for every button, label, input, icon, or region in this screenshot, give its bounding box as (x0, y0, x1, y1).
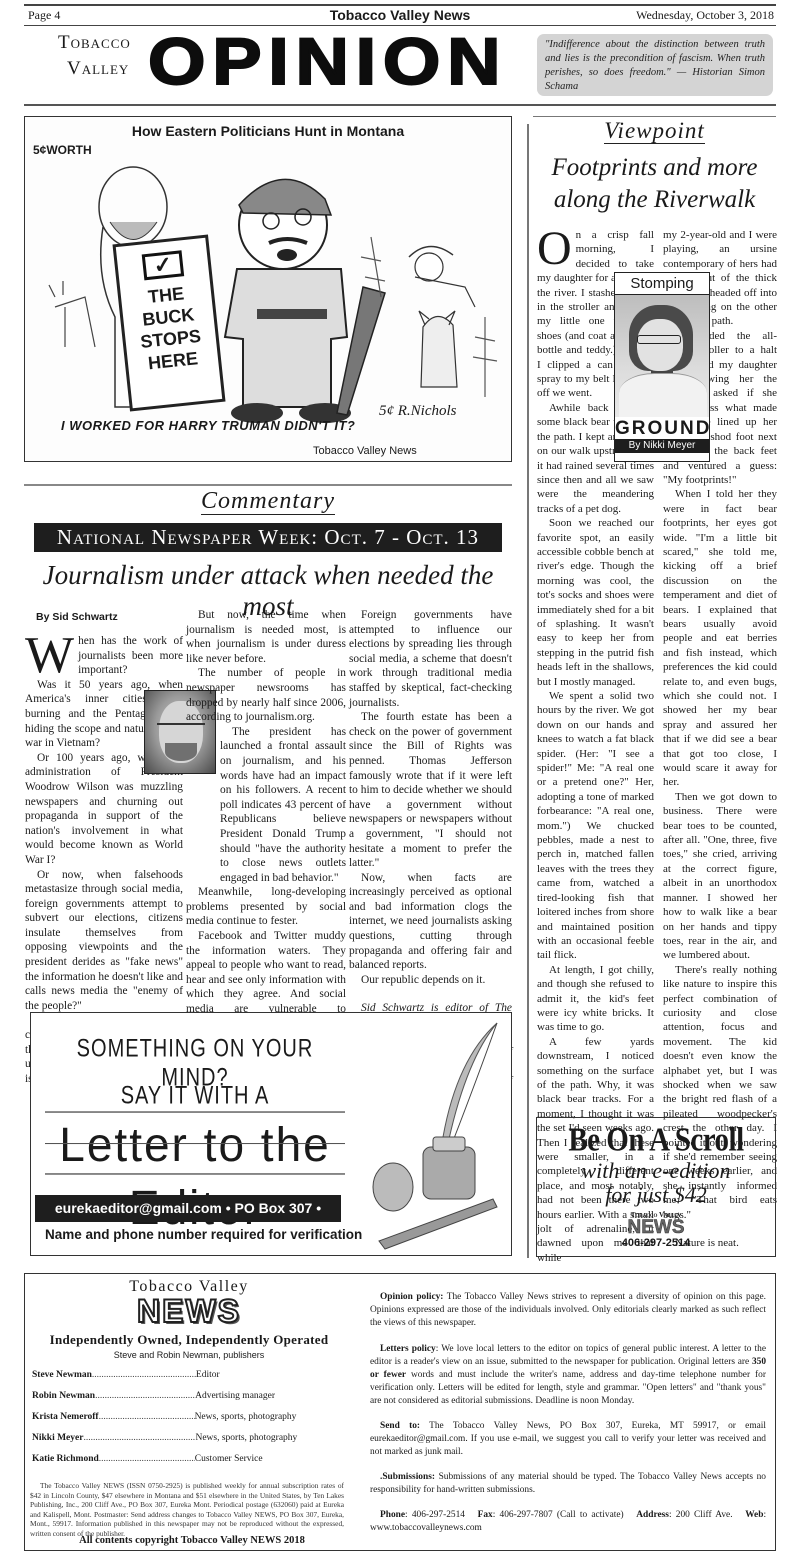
letter-to-editor-ad[interactable]: SOMETHING ON YOUR MIND? SAY IT WITH A Le… (30, 1012, 512, 1256)
staff-role: Advertising manager (195, 1391, 275, 1401)
section-divider (533, 116, 776, 117)
policy-label: Opinion policy: (380, 1292, 443, 1302)
publishers: Steve and Robin Newman, publishers (24, 1350, 354, 1360)
contact-label: Address (636, 1510, 669, 1520)
policy-text: words and must include the writer's name… (370, 1370, 766, 1406)
paragraph: The number of people in newspaper newsro… (186, 666, 346, 724)
address: : 200 Cliff Ave. (669, 1510, 733, 1520)
masthead-divider (24, 104, 776, 106)
viewpoint-label-text: Viewpoint (604, 118, 705, 144)
checkbox-check-icon: ✓ (142, 250, 184, 280)
cartoon-credit: Tobacco Valley News (313, 445, 417, 457)
ad-line-2: with an e-edition (537, 1159, 775, 1183)
tagline: Independently Owned, Independently Opera… (24, 1332, 354, 1348)
ad-contact[interactable]: eurekaeditor@gmail.com • PO Box 307 • Eu… (35, 1195, 341, 1222)
paragraph: We spent a solid two hours by the river.… (537, 689, 654, 963)
ad-price: for just $42 (537, 1183, 775, 1207)
ad-headline: Be On A Scroll (537, 1122, 775, 1160)
policy-label: Send to: (380, 1421, 420, 1431)
cartoon-signature: 5¢ R.Nichols (379, 403, 457, 420)
opinion-policy: Opinion policy: The Tobacco Valley News … (370, 1291, 766, 1330)
staff-row: Robin Newman............................… (32, 1391, 332, 1401)
fax-number: : 406-297-7807 (Call to activate) (493, 1510, 624, 1520)
dropcap: O (537, 230, 572, 268)
masthead-label-tobacco: Tobacco (58, 32, 131, 54)
contact-info: Phone: 406-297-2514 Fax: 406-297-7807 (C… (370, 1509, 766, 1535)
column-byline: By Nikki Meyer (615, 439, 709, 453)
phone-number: : 406-297-2514 (405, 1510, 465, 1520)
leader-dots: ........................................… (99, 1412, 195, 1422)
headline-line: along the Riverwalk (533, 184, 776, 216)
commentary-label: Commentary (24, 488, 512, 515)
paragraph: Meanwhile, long-developing problems pres… (186, 885, 346, 929)
section-title: OPINION (148, 28, 507, 94)
paragraph: The president has launched a frontal ass… (186, 725, 346, 886)
cartoon-caption: I WORKED FOR HARRY TRUMAN DIDN'T IT? (61, 418, 355, 433)
policy-label: .Submissions: (380, 1472, 435, 1482)
letters-policy: Letters policy: We love local letters to… (370, 1343, 766, 1408)
staff-name: Nikki Meyer (32, 1433, 83, 1443)
headline-line: Footprints and more (533, 152, 776, 184)
paragraph: Our republic depends on it. (349, 973, 512, 988)
commentary-byline: By Sid Schwartz (36, 611, 118, 623)
paragraph: Or now, when falsehoods metastasize thro… (25, 868, 183, 1014)
quill-inkwell-icon (357, 1019, 507, 1251)
column-name-top: Stomping (615, 273, 709, 295)
staff-row: Krista Nemeroff.........................… (32, 1412, 332, 1422)
editorial-cartoon: How Eastern Politicians Hunt in Montana … (24, 116, 512, 462)
staff-name: Krista Nemeroff (32, 1412, 99, 1422)
paragraph: Then we got down to business. There were… (663, 790, 777, 963)
paragraph: Foreign governments have attempted to in… (349, 608, 512, 710)
staff-role: Editor (196, 1370, 220, 1380)
face-icon (637, 319, 683, 371)
stomping-ground-column-badge: Stomping GROUND By Nikki Meyer (614, 272, 710, 462)
leader-dots: ........................................… (99, 1454, 195, 1464)
ad-line-2: SAY IT WITH A (45, 1082, 345, 1111)
leader-dots: ........................................… (83, 1433, 195, 1443)
staff-role: News, sports, photography (195, 1433, 297, 1443)
masthead-quote: "Indifference about the distinction betw… (537, 34, 773, 96)
author-photo-nikki-meyer (615, 295, 709, 417)
submissions-policy: .Submissions: Submissions of any materia… (370, 1471, 766, 1497)
paragraph: When I told her they were in fact bear f… (663, 487, 777, 790)
buck-stops-here-sign: ✓ THE BUCK STOPS HERE (112, 234, 225, 411)
contact-label: Phone (380, 1510, 405, 1520)
column-divider (527, 124, 529, 1258)
send-to: Send to: The Tobacco Valley News, PO Box… (370, 1420, 766, 1459)
commentary-label-text: Commentary (201, 488, 335, 515)
viewpoint-headline: Footprints and more along the Riverwalk (533, 152, 776, 216)
leader-dots: ........................................… (92, 1370, 196, 1380)
staff-row: Katie Richmond..........................… (32, 1454, 332, 1464)
paragraph: At length, I got chilly, and though she … (537, 963, 654, 1035)
publication-fine-print: The Tobacco Valley NEWS (ISSN 0750-2925)… (30, 1481, 344, 1539)
viewpoint-label: Viewpoint (533, 118, 776, 144)
staff-row: Nikki Meyer.............................… (32, 1433, 332, 1443)
masthead-label-valley: Valley (67, 58, 129, 80)
brand-logo: NEWS (537, 1219, 775, 1237)
contact-label: Fax (478, 1510, 493, 1520)
policy-text: The Tobacco Valley News, PO Box 307, Eur… (370, 1421, 766, 1457)
ad-note: Name and phone number required for verif… (45, 1227, 362, 1242)
issue-date: Wednesday, October 3, 2018 (636, 8, 774, 23)
paragraph: The fourth estate has been a check on th… (349, 710, 512, 871)
section-divider (24, 484, 512, 486)
glasses-icon (637, 335, 681, 344)
ad-phone: 406-297-2514 (537, 1237, 775, 1249)
staff-role: Customer Service (195, 1454, 263, 1464)
dropcap: W (25, 636, 74, 676)
staff-name: Katie Richmond (32, 1454, 99, 1464)
e-edition-ad[interactable]: Be On A Scroll with an e-edition for jus… (536, 1117, 776, 1257)
paragraph: Now, when facts are increasingly perceiv… (349, 871, 512, 973)
staff-row: Steve Newman............................… (32, 1370, 332, 1380)
policy-label: Letters policy (380, 1344, 436, 1354)
jacket-icon (619, 373, 707, 417)
paragraph: But now, the time when journalism is nee… (186, 608, 346, 666)
copyright: All contents copyright Tobacco Valley NE… (24, 1535, 360, 1546)
staff-name: Robin Newman (32, 1391, 95, 1401)
column-name-bottom: GROUND (615, 417, 709, 439)
paragraph: Soon we reached our favorite spot, an ea… (537, 516, 654, 689)
newspaper-week-banner: National Newspaper Week: Oct. 7 - Oct. 1… (34, 523, 502, 552)
staff-role: News, sports, photography (195, 1412, 297, 1422)
leader-dots: ........................................… (95, 1391, 195, 1401)
page-folio: Page 4 Tobacco Valley News Wednesday, Oc… (24, 4, 776, 26)
logo-news: NEWS (24, 1293, 354, 1330)
ad-line-3: Letter to the Editor (45, 1112, 345, 1175)
staff-name: Steve Newman (32, 1370, 92, 1380)
contact-label: Web (745, 1510, 763, 1520)
paragraph: hen has the work of journalists been mor… (78, 635, 183, 676)
